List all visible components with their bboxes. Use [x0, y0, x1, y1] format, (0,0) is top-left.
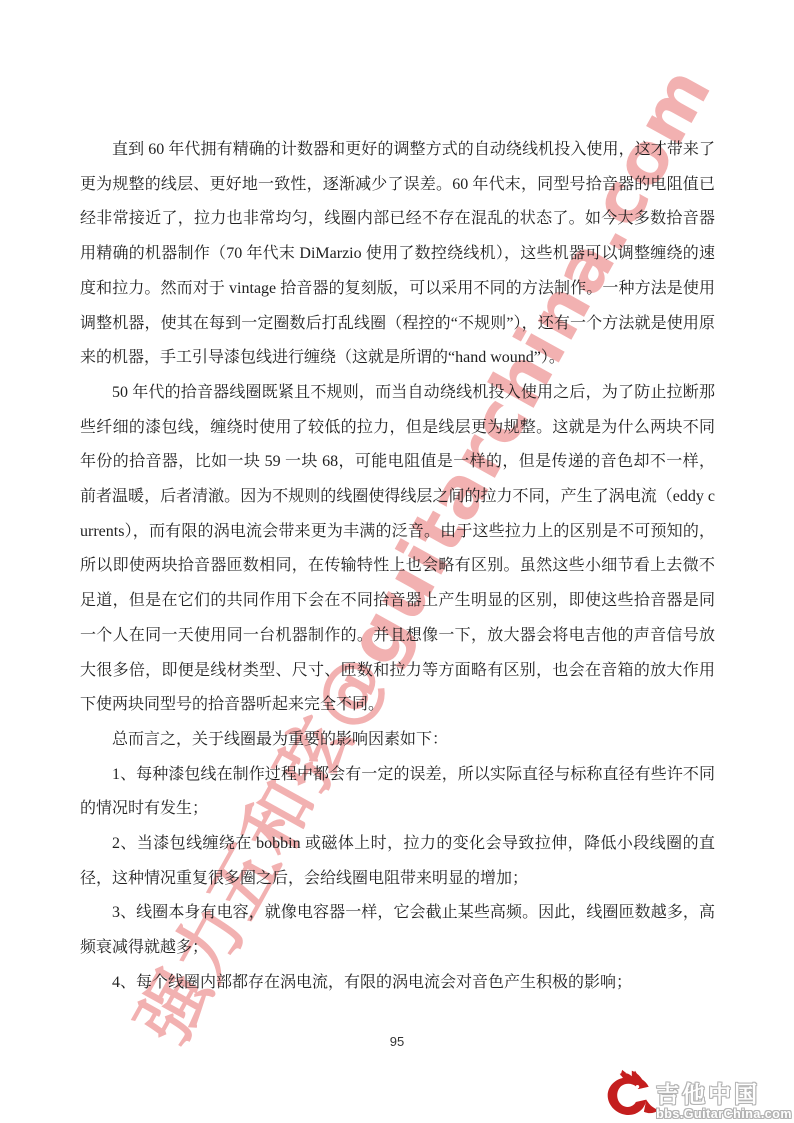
paragraph: 50 年代的拾音器线圈既紧且不规则，而当自动绕线机投入使用之后，为了防止拉断那些…: [80, 376, 715, 723]
document-page: 强力五和弦@guitarchina.com 直到 60 年代拥有精确的计数器和更…: [0, 0, 794, 1123]
guitarchina-logo: 吉他中国 bbs.GuitarChina.com: [602, 1068, 792, 1120]
paragraph: 直到 60 年代拥有精确的计数器和更好的调整方式的自动绕线机投入使用，这才带来了…: [80, 133, 715, 376]
logo-text-block: 吉他中国 bbs.GuitarChina.com: [656, 1083, 792, 1121]
logo-subtitle: bbs.GuitarChina.com: [656, 1108, 792, 1121]
body-text: 直到 60 年代拥有精确的计数器和更好的调整方式的自动绕线机投入使用，这才带来了…: [80, 133, 715, 1001]
list-item-3: 3、线圈本身有电容，就像电容器一样，它会截止某些高频。因此，线圈匝数越多，高频衰…: [80, 896, 715, 965]
list-item-1: 1、每种漆包线在制作过程中都会有一定的误差，所以实际直径与标称直径有些许不同的情…: [80, 758, 715, 827]
logo-title: 吉他中国: [656, 1083, 760, 1106]
list-item-4: 4、每个线圈内部都存在涡电流，有限的涡电流会对音色产生积极的影响；: [80, 966, 715, 1001]
page-number: 95: [0, 1034, 794, 1049]
dragon-g-icon: [602, 1068, 660, 1120]
list-item-2: 2、当漆包线缠绕在 bobbin 或磁体上时，拉力的变化会导致拉伸，降低小段线圈…: [80, 827, 715, 896]
paragraph: 总而言之，关于线圈最为重要的影响因素如下：: [80, 723, 715, 758]
